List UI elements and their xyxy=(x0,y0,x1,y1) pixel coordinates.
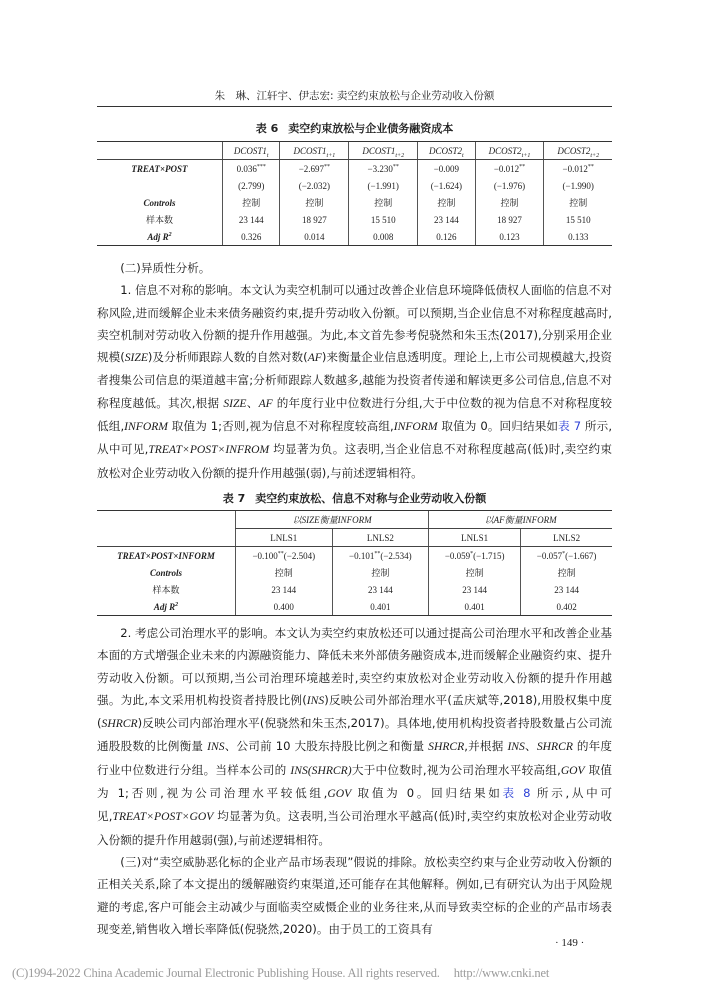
table6-row-coef: TREAT×POST 0.036*** −2.697** −3.230** −0… xyxy=(97,160,612,178)
header-rule xyxy=(97,106,612,107)
table7-link[interactable]: 表 7 xyxy=(558,419,581,433)
row-label: 样本数 xyxy=(97,211,223,228)
table7-col-header: LNLS1 xyxy=(429,529,521,547)
body-section-heterogeneity: (二)异质性分析。 1. 信息不对称的影响。本文认为卖空机制可以通过改善企业信息… xyxy=(97,257,612,484)
table6-col-header: DCOST1t xyxy=(223,142,280,160)
n-cell: 23 144 xyxy=(332,581,429,598)
controls-cell: 控制 xyxy=(418,194,475,211)
n-cell: 23 144 xyxy=(429,581,521,598)
paragraph-product-market: (三)对“卖空威胁恶化标的企业产品市场表现”假说的排除。放松卖空约束与企业劳动收… xyxy=(97,851,612,940)
n-cell: 23 144 xyxy=(418,211,475,228)
controls-cell: 控制 xyxy=(429,564,521,581)
table7-title: 卖空约束放松、信息不对称与企业劳动收入份额 xyxy=(255,492,486,505)
table6-row-controls: Controls 控制 控制 控制 控制 控制 控制 xyxy=(97,194,612,211)
coef-cell: −0.057*(−1.667) xyxy=(521,547,612,565)
table6-row-tstat: (2.799) (−2.032) (−1.991) (−1.624) (−1.9… xyxy=(97,177,612,194)
row-label: TREAT×POST×INFORM xyxy=(97,547,236,565)
controls-cell: 控制 xyxy=(223,194,280,211)
n-cell: 23 144 xyxy=(223,211,280,228)
controls-cell: 控制 xyxy=(332,564,429,581)
copyright-text: (C)1994-2022 China Academic Journal Elec… xyxy=(12,966,440,980)
table8-link[interactable]: 表 8 xyxy=(503,786,531,800)
paragraph-info-asymmetry: 1. 信息不对称的影响。本文认为卖空机制可以通过改善企业信息环境降低债权人面临的… xyxy=(97,279,612,484)
paragraph-governance: 2. 考虑公司治理水平的影响。本文认为卖空约束放松还可以通过提高公司治理水平和改… xyxy=(97,622,612,851)
table6-corner-cell xyxy=(97,142,223,160)
r2-cell: 0.401 xyxy=(332,598,429,616)
tstat-cell: (−1.624) xyxy=(418,177,475,194)
table6-col-header: DCOST1t+2 xyxy=(349,142,418,160)
coef-cell: −0.012** xyxy=(544,160,612,178)
row-label: 样本数 xyxy=(97,581,236,598)
r2-cell: 0.401 xyxy=(429,598,521,616)
table6: DCOST1t DCOST1t+1 DCOST1t+2 DCOST2t DCOS… xyxy=(97,141,612,246)
table6-number: 表 6 xyxy=(256,122,278,135)
table6-row-r2: Adj R2 0.326 0.014 0.008 0.126 0.123 0.1… xyxy=(97,228,612,246)
r2-cell: 0.133 xyxy=(544,228,612,246)
n-cell: 15 510 xyxy=(544,211,612,228)
table6-col-header: DCOST2t+1 xyxy=(475,142,544,160)
table7: 以SIZE衡量INFORM 以AF衡量INFORM LNLS1 LNLS2 LN… xyxy=(97,510,612,616)
table6-col-header: DCOST1t+1 xyxy=(280,142,349,160)
n-cell: 18 927 xyxy=(280,211,349,228)
row-label: Adj R2 xyxy=(97,598,236,616)
r2-cell: 0.008 xyxy=(349,228,418,246)
table6-col-header: DCOST2t+2 xyxy=(544,142,612,160)
coef-cell: −0.100**(−2.504) xyxy=(236,547,333,565)
controls-cell: 控制 xyxy=(236,564,333,581)
controls-cell: 控制 xyxy=(475,194,544,211)
n-cell: 15 510 xyxy=(349,211,418,228)
tstat-cell: (2.799) xyxy=(223,177,280,194)
tstat-cell: (−1.991) xyxy=(349,177,418,194)
table7-caption: 表 7卖空约束放松、信息不对称与企业劳动收入份额 xyxy=(97,490,612,506)
r2-cell: 0.326 xyxy=(223,228,280,246)
coef-cell: −2.697** xyxy=(280,160,349,178)
table7-row-controls: Controls 控制 控制 控制 控制 xyxy=(97,564,612,581)
copyright-footer: (C)1994-2022 China Academic Journal Elec… xyxy=(12,966,549,981)
running-head: 朱 琳、江轩宇、伊志宏: 卖空约束放松与企业劳动收入份额 xyxy=(97,88,612,103)
tstat-cell: (−2.032) xyxy=(280,177,349,194)
controls-cell: 控制 xyxy=(544,194,612,211)
table6-title: 卖空约束放松与企业债务融资成本 xyxy=(288,122,453,135)
table7-row-r2: Adj R2 0.400 0.401 0.401 0.402 xyxy=(97,598,612,616)
section-heading: (二)异质性分析。 xyxy=(97,257,612,279)
n-cell: 23 144 xyxy=(521,581,612,598)
row-label: Controls xyxy=(97,564,236,581)
table7-row-n: 样本数 23 144 23 144 23 144 23 144 xyxy=(97,581,612,598)
tstat-cell: (−1.976) xyxy=(475,177,544,194)
table7-col-header: LNLS1 xyxy=(236,529,333,547)
table7-col-header: LNLS2 xyxy=(332,529,429,547)
table7-corner-cell xyxy=(97,511,236,547)
cnki-url[interactable]: http://www.cnki.net xyxy=(454,966,549,980)
n-cell: 18 927 xyxy=(475,211,544,228)
page-number: · 149 · xyxy=(555,937,584,949)
n-cell: 23 144 xyxy=(236,581,333,598)
r2-cell: 0.014 xyxy=(280,228,349,246)
r2-cell: 0.400 xyxy=(236,598,333,616)
coef-cell: −0.059*(−1.715) xyxy=(429,547,521,565)
table7-col-header: LNLS2 xyxy=(521,529,612,547)
table6-row-n: 样本数 23 144 18 927 15 510 23 144 18 927 1… xyxy=(97,211,612,228)
table7-group-header: 以AF衡量INFORM xyxy=(429,511,612,529)
controls-cell: 控制 xyxy=(280,194,349,211)
coef-cell: −0.101**(−2.534) xyxy=(332,547,429,565)
controls-cell: 控制 xyxy=(349,194,418,211)
row-label: TREAT×POST xyxy=(97,160,223,178)
coef-cell: −0.009 xyxy=(418,160,475,178)
table6-col-header: DCOST2t xyxy=(418,142,475,160)
controls-cell: 控制 xyxy=(521,564,612,581)
table7-row-coef: TREAT×POST×INFORM −0.100**(−2.504) −0.10… xyxy=(97,547,612,565)
r2-cell: 0.123 xyxy=(475,228,544,246)
table7-group-row: 以SIZE衡量INFORM 以AF衡量INFORM xyxy=(97,511,612,529)
body-section-governance: 2. 考虑公司治理水平的影响。本文认为卖空约束放松还可以通过提高公司治理水平和改… xyxy=(97,622,612,940)
row-label-empty xyxy=(97,177,223,194)
row-label: Controls xyxy=(97,194,223,211)
coef-cell: −3.230** xyxy=(349,160,418,178)
coef-cell: −0.012** xyxy=(475,160,544,178)
tstat-cell: (−1.990) xyxy=(544,177,612,194)
table7-group-header: 以SIZE衡量INFORM xyxy=(236,511,429,529)
r2-cell: 0.402 xyxy=(521,598,612,616)
r2-cell: 0.126 xyxy=(418,228,475,246)
table6-caption: 表 6卖空约束放松与企业债务融资成本 xyxy=(97,120,612,136)
coef-cell: 0.036*** xyxy=(223,160,280,178)
table6-header-row: DCOST1t DCOST1t+1 DCOST1t+2 DCOST2t DCOS… xyxy=(97,142,612,160)
row-label: Adj R2 xyxy=(97,228,223,246)
table7-number: 表 7 xyxy=(223,492,245,505)
